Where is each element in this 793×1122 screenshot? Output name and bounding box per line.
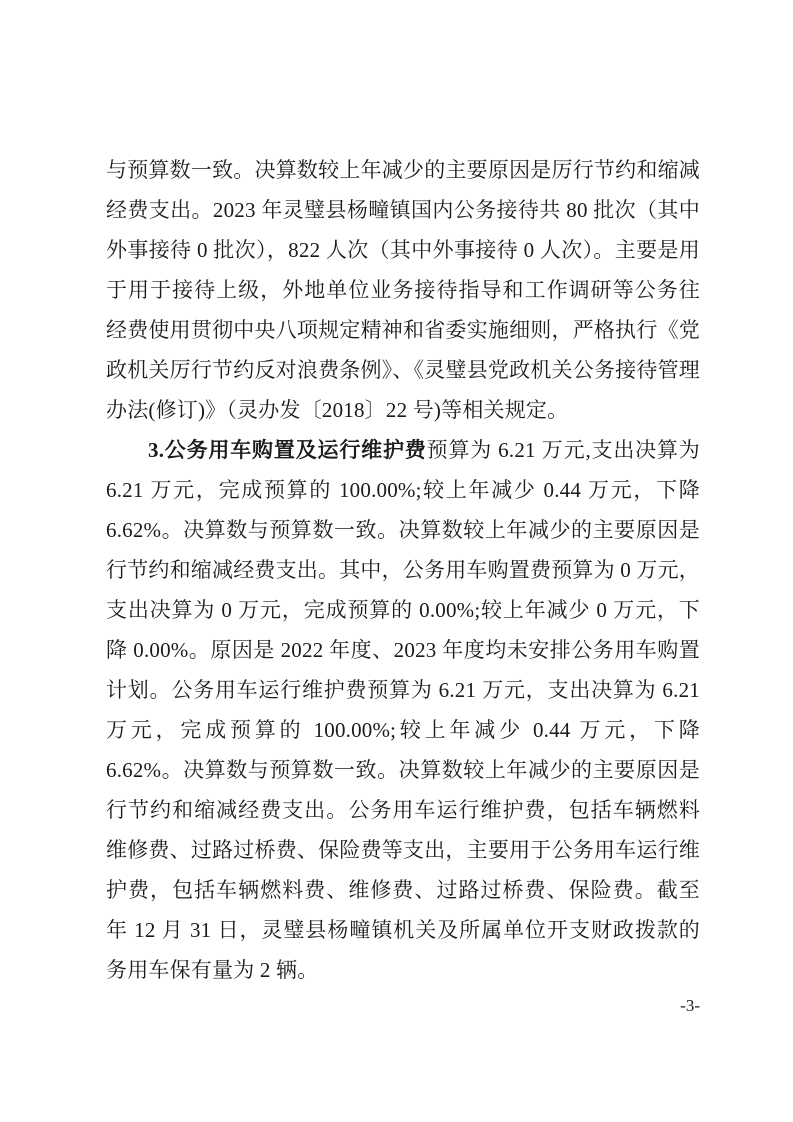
text-line: 务用车保有量为 2 辆。 — [106, 950, 700, 990]
text-line: 经费使用贯彻中央八项规定精神和省委实施细则，严格执行《党 — [106, 310, 700, 350]
text-line: 6.62%。决算数与预算数一致。决算数较上年减少的主要原因是厉 — [106, 510, 700, 550]
text-line: 年 12 月 31 日，灵璧县杨疃镇机关及所属单位开支财政拨款的公 — [106, 910, 700, 950]
text-line: 降 0.00%。原因是 2022 年度、2023 年度均未安排公务用车购置 — [106, 630, 700, 670]
text-segment: 经费使用贯彻中央八项规定精神和省委实施细则，严格执行《党 — [106, 318, 700, 342]
text-segment: 支出决算为 0 万元，完成预算的 0.00%;较上年减少 0 万元，下 — [106, 598, 700, 622]
text-segment: 行节约和缩减经费支出。其中，公务用车购置费预算为 0 万元， — [106, 558, 700, 582]
text-line: 6.62%。决算数与预算数一致。决算数较上年减少的主要原因是厉 — [106, 750, 700, 790]
text-segment: 政机关厉行节约反对浪费条例》、《灵璧县党政机关公务接待管理 — [106, 358, 700, 382]
text-line: 支出决算为 0 万元，完成预算的 0.00%;较上年减少 0 万元，下 — [106, 590, 700, 630]
text-segment: 降 0.00%。原因是 2022 年度、2023 年度均未安排公务用车购置 — [106, 638, 700, 662]
text-segment: 经费支出。2023 年灵璧县杨疃镇国内公务接待共 80 批次（其中 — [106, 198, 700, 222]
text-line: 外事接待 0 批次），822 人次（其中外事接待 0 人次）。主要是用 — [106, 230, 700, 270]
text-segment: 与预算数一致。决算数较上年减少的主要原因是厉行节约和缩减 — [106, 158, 700, 182]
text-line: 与预算数一致。决算数较上年减少的主要原因是厉行节约和缩减 — [106, 150, 700, 190]
text-segment: 办法(修订)》（灵办发〔2018〕22 号)等相关规定。 — [106, 398, 568, 422]
text-segment: 预算为 6.21 万元,支出决算为 — [427, 438, 700, 462]
text-line: 办法(修订)》（灵办发〔2018〕22 号)等相关规定。 — [106, 390, 700, 430]
text-segment: 维修费、过路过桥费、保险费等支出，主要用于公务用车运行维 — [106, 838, 700, 862]
text-segment: 计划。公务用车运行维护费预算为 6.21 万元，支出决算为 6.21 — [106, 678, 700, 702]
text-line: 3.公务用车购置及运行维护费预算为 6.21 万元,支出决算为 — [106, 430, 700, 470]
bold-text-segment: 3.公务用车购置及运行维护费 — [148, 438, 427, 462]
text-line: 计划。公务用车运行维护费预算为 6.21 万元，支出决算为 6.21 — [106, 670, 700, 710]
text-segment: 护费，包括车辆燃料费、维修费、过路过桥费、保险费。截至 2023 — [106, 878, 700, 910]
text-segment: 年 12 月 31 日，灵璧县杨疃镇机关及所属单位开支财政拨款的公 — [106, 918, 700, 950]
text-segment: 行节约和缩减经费支出。公务用车运行维护费，包括车辆燃料费、 — [106, 798, 700, 830]
text-segment: 6.62%。决算数与预算数一致。决算数较上年减少的主要原因是厉 — [106, 758, 700, 790]
text-line: 经费支出。2023 年灵璧县杨疃镇国内公务接待共 80 批次（其中 — [106, 190, 700, 230]
text-segment: 于用于接待上级，外地单位业务接待指导和工作调研等公务往来。 — [106, 278, 700, 310]
text-line: 维修费、过路过桥费、保险费等支出，主要用于公务用车运行维 — [106, 830, 700, 870]
text-segment: 6.62%。决算数与预算数一致。决算数较上年减少的主要原因是厉 — [106, 518, 700, 550]
page-number: -3- — [106, 994, 704, 1018]
text-line: 行节约和缩减经费支出。其中，公务用车购置费预算为 0 万元， — [106, 550, 700, 590]
text-line: 行节约和缩减经费支出。公务用车运行维护费，包括车辆燃料费、 — [106, 790, 700, 830]
text-segment: 6.21 万元，完成预算的 100.00%;较上年减少 0.44 万元，下降 — [106, 478, 700, 502]
text-block: 与预算数一致。决算数较上年减少的主要原因是厉行节约和缩减经费支出。2023 年灵… — [106, 150, 700, 990]
text-segment: 万元，完成预算的 100.00%;较上年减少 0.44 万元，下降 — [106, 718, 700, 742]
document-page: 与预算数一致。决算数较上年减少的主要原因是厉行节约和缩减经费支出。2023 年灵… — [0, 0, 793, 1122]
text-line: 政机关厉行节约反对浪费条例》、《灵璧县党政机关公务接待管理 — [106, 350, 700, 390]
text-line: 万元，完成预算的 100.00%;较上年减少 0.44 万元，下降 — [106, 710, 700, 750]
text-line: 护费，包括车辆燃料费、维修费、过路过桥费、保险费。截至 2023 — [106, 870, 700, 910]
text-line: 6.21 万元，完成预算的 100.00%;较上年减少 0.44 万元，下降 — [106, 470, 700, 510]
text-line: 于用于接待上级，外地单位业务接待指导和工作调研等公务往来。 — [106, 270, 700, 310]
text-segment: 务用车保有量为 2 辆。 — [106, 958, 318, 982]
text-segment: 外事接待 0 批次），822 人次（其中外事接待 0 人次）。主要是用 — [106, 238, 700, 262]
